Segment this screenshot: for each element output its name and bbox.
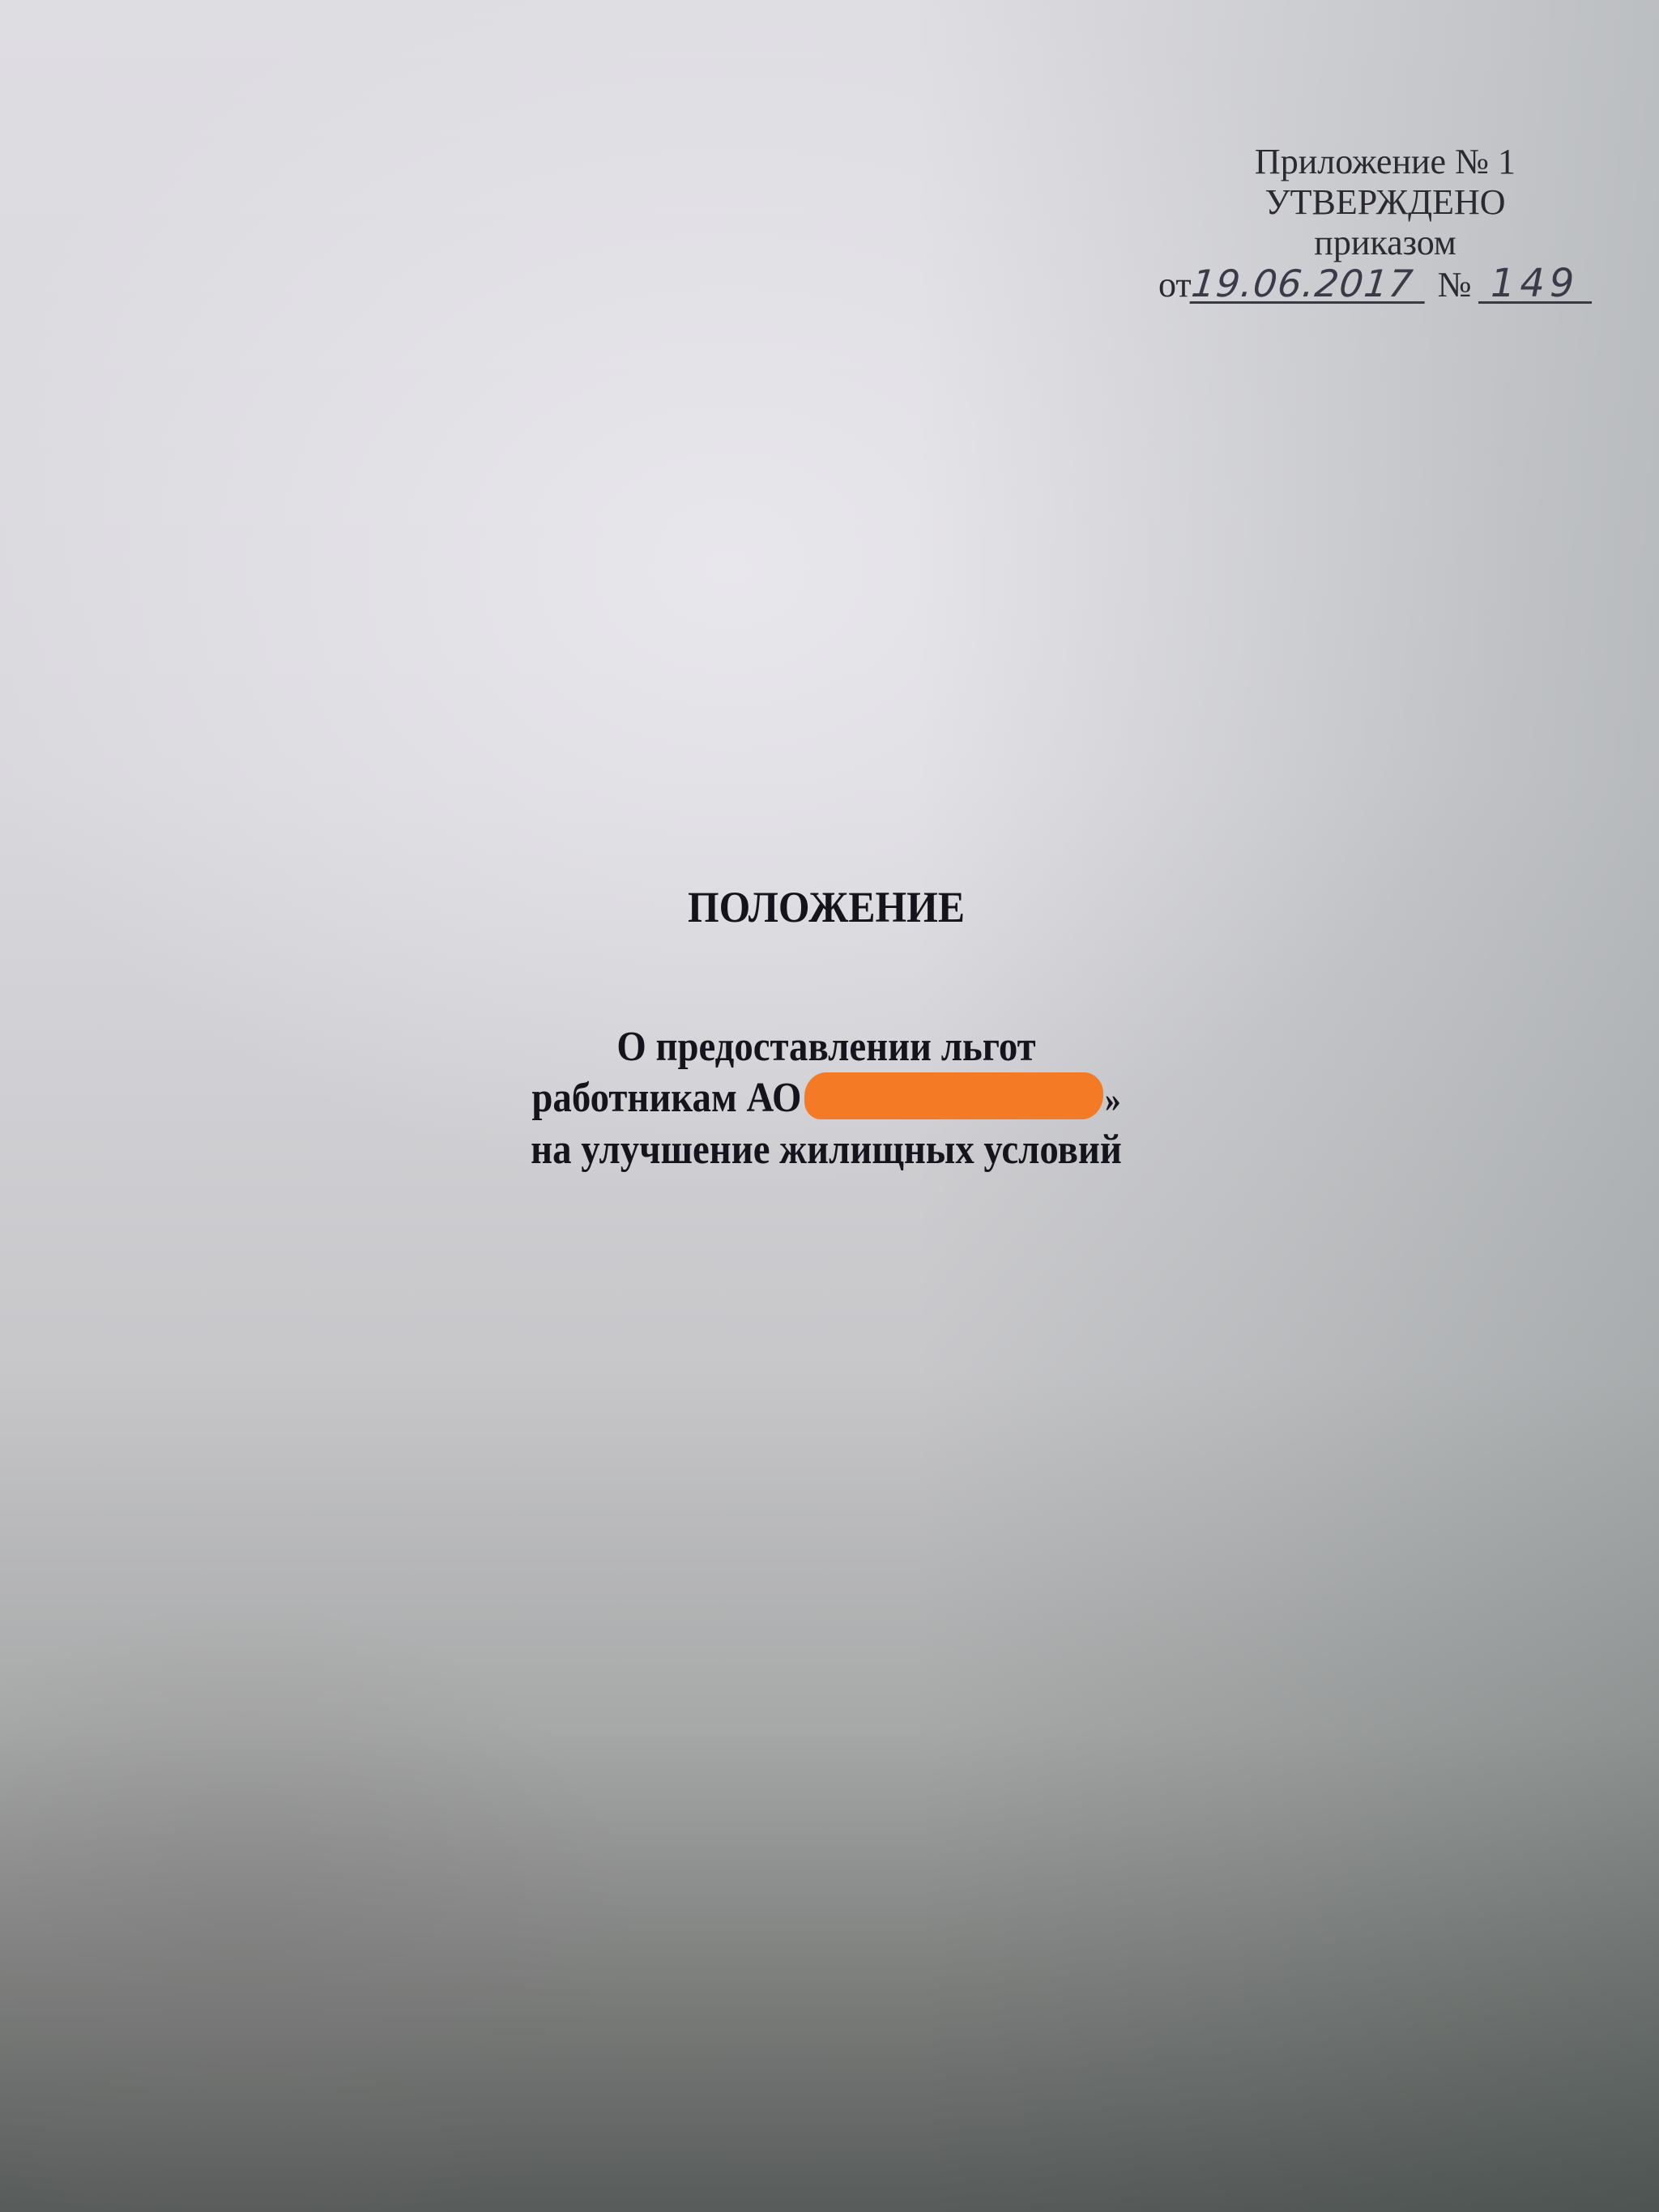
subtitle-line-2-prefix: работникам АО	[531, 1075, 801, 1121]
approved-label: УТВЕРЖДЕНО	[1158, 182, 1612, 223]
subtitle-line-3: на улучшение жилищных условий	[447, 1125, 1205, 1175]
subtitle-line-1: О предоставлении льгот	[447, 1022, 1205, 1072]
from-label: от	[1158, 265, 1192, 305]
subtitle-line-2: работникам АО»	[447, 1072, 1205, 1125]
order-number-field: 149	[1478, 266, 1592, 304]
order-date-field: 19.06.2017	[1189, 266, 1428, 304]
approval-block: Приложение № 1 УТВЕРЖДЕНО приказом от19.…	[1158, 142, 1612, 305]
document-title-block: ПОЛОЖЕНИЕ О предоставлении льгот работни…	[405, 883, 1247, 1175]
closing-quote: »	[1105, 1080, 1121, 1119]
paper-shadow-bottom	[0, 1377, 891, 2212]
document-subtitle: О предоставлении льгот работникам АО» на…	[447, 1022, 1205, 1175]
redaction-mark	[804, 1072, 1103, 1119]
document-title: ПОЛОЖЕНИЕ	[439, 883, 1214, 931]
order-reference: от19.06.2017№149	[1158, 265, 1612, 305]
by-order-label: приказом	[1158, 223, 1612, 263]
appendix-label: Приложение № 1	[1158, 142, 1612, 182]
number-sign-label: №	[1438, 265, 1472, 305]
